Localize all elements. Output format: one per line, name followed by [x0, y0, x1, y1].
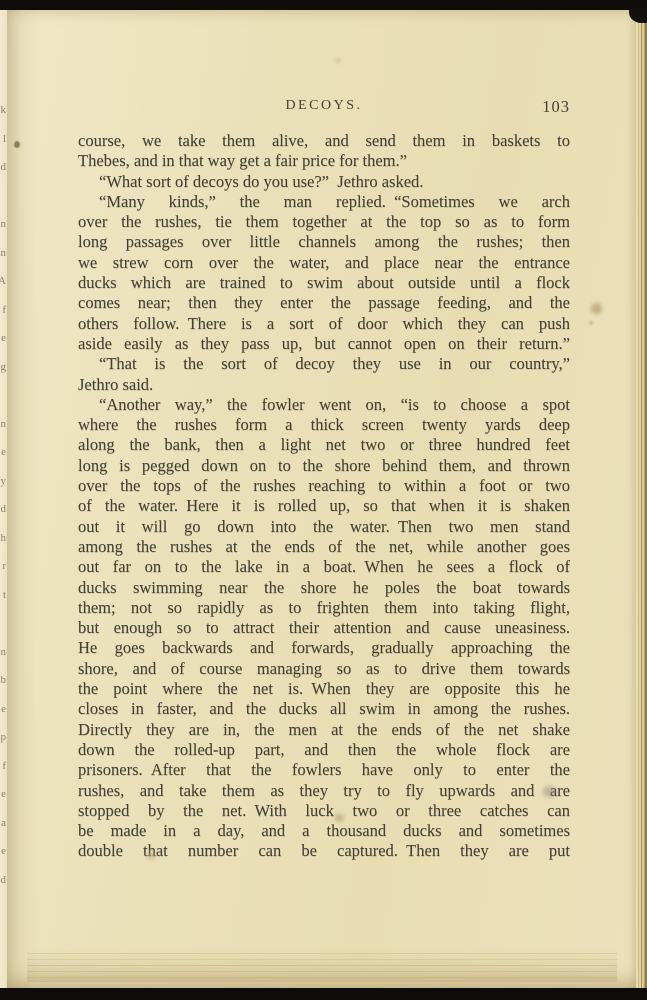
text-line: Directly they are in, the men at the end…: [78, 720, 570, 740]
foxing-spot: [543, 786, 556, 797]
text-line: “That is the sort of decoy they use in o…: [78, 354, 570, 374]
ink-smudge: [335, 814, 344, 822]
text-line: course, we take them alive, and send the…: [78, 131, 570, 151]
text-line: among the rushes at the ends of the net,…: [78, 537, 570, 557]
text-line: long is pegged down on to the shore behi…: [78, 456, 570, 476]
text-line: Jethro said.: [78, 375, 570, 395]
text-line: aside easily as they pass up, but cannot…: [78, 334, 570, 354]
text-line: others follow. There is a sort of door w…: [78, 314, 570, 334]
text-line: be made in a day, and a thousand ducks a…: [78, 821, 570, 841]
text-line: out it will go down into the water. Then…: [78, 517, 570, 537]
text-line: prisoners. After that the fowlers have o…: [78, 760, 570, 780]
text-line: rushes, and take them as they try to fly…: [78, 781, 570, 801]
text-line: comes near; then they enter the passage …: [78, 293, 570, 313]
foxing-spot: [146, 851, 156, 860]
text-line: ducks which are trained to swim about ou…: [78, 273, 570, 293]
text-line: we strew corn over the water, and place …: [78, 253, 570, 273]
foxing-spot: [335, 58, 341, 63]
text-line: over the tops of the rushes reaching to …: [78, 476, 570, 496]
text-line: but enough so to attract their attention…: [78, 618, 570, 638]
page-stack-edge: [636, 11, 647, 988]
text-line: long passages over little channels among…: [78, 232, 570, 252]
text-line: the point where the net is. When they ar…: [78, 679, 570, 699]
book-page: DECOYS. 103 course, we take them alive, …: [7, 10, 636, 988]
foxing-spot: [589, 321, 593, 325]
foxing-spot: [14, 141, 20, 148]
text-line: Thebes, and in that way get a fair price…: [78, 151, 570, 171]
text-line: where the rushes form a thick screen twe…: [78, 415, 570, 435]
text-line: shore, and of course managing so as to d…: [78, 659, 570, 679]
scanned-book-page: DECOYS. 103 course, we take them alive, …: [0, 0, 647, 1000]
bleed-through-letter-fragments: k l d n n A f e g n e y d h r t n b e p …: [0, 96, 6, 894]
page-header: DECOYS. 103: [78, 98, 570, 120]
text-line: ducks swimming near the shore he poles t…: [78, 578, 570, 598]
text-line: “Many kinds,” the man replied. “Sometime…: [78, 192, 570, 212]
text-line: He goes backwards and forwards, graduall…: [78, 638, 570, 658]
text-line: down the rolled-up part, and then the wh…: [78, 740, 570, 760]
facing-page-edge: k l d n n A f e g n e y d h r t n b e p …: [0, 10, 7, 988]
text-line: of the water. Here it is rolled up, so t…: [78, 496, 570, 516]
foxing-spot: [591, 303, 602, 314]
text-line: “What sort of decoys do you use?” Jethro…: [78, 172, 570, 192]
body-text: course, we take them alive, and send the…: [78, 131, 570, 862]
scanner-border-bottom: [0, 988, 647, 1000]
text-line: “Another way,” the fowler went on, “is t…: [78, 395, 570, 415]
text-line: them; not so rapidly as to frighten them…: [78, 598, 570, 618]
text-line: closes in faster, and the ducks all swim…: [78, 699, 570, 719]
scanner-border-top: [0, 0, 647, 10]
text-line: over the rushes, tie them together at th…: [78, 212, 570, 232]
running-title: DECOYS.: [78, 98, 570, 114]
text-line: along the bank, then a light net two or …: [78, 435, 570, 455]
text-line: stopped by the net. With luck two or thr…: [78, 801, 570, 821]
page-bottom-edge: [27, 948, 617, 982]
text-line: out far on to the lake in a boat. When h…: [78, 557, 570, 577]
page-number: 103: [542, 97, 570, 117]
